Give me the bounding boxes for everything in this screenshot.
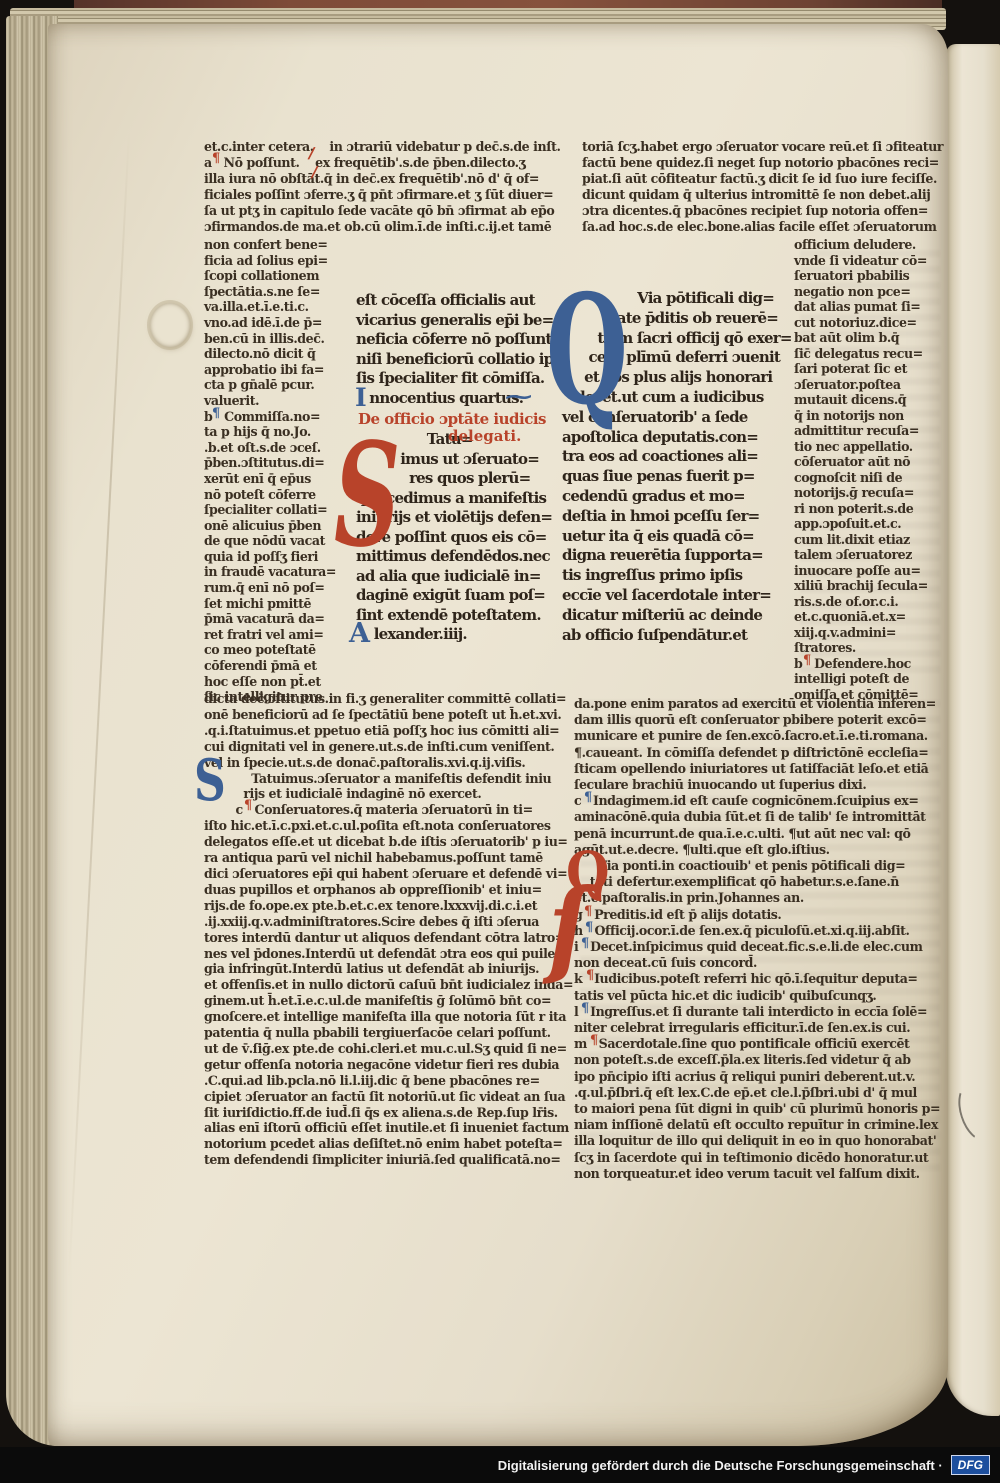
blue-squiggle: ~ — [502, 386, 535, 408]
initial-a-blue: A — [349, 620, 370, 647]
pilcrow-indagimem: ¶ — [584, 791, 592, 804]
initial-i-blue: I — [355, 385, 367, 410]
dfg-logo: DFG — [951, 1455, 990, 1475]
gloss-right-margin-column: officium deludere. vnde ſi videatur cō= … — [794, 237, 950, 702]
gloss-left-margin-column: non confert bene= ficia ad ſolius epi= ſ… — [204, 237, 354, 705]
pilcrow-sacerdotale: ¶ — [590, 1034, 598, 1047]
footer-bar: Digitalisierung gefördert durch die Deut… — [0, 1447, 1000, 1483]
pilcrow-decet: ¶ — [581, 937, 589, 950]
next-page-fore-edge — [946, 44, 1000, 1416]
initial-s-red: S — [334, 424, 400, 567]
digitized-manuscript-page: et.c.inter cetera. in ɔtrariū videbatur … — [0, 0, 1000, 1483]
pilcrow-preditis: ¶ — [584, 905, 592, 918]
parchment-hole — [150, 303, 190, 347]
pilcrow-conseruatores: ¶ — [244, 799, 252, 812]
gloss-lower-right: da.pone enim paratos ad exercitū et viol… — [574, 696, 952, 1182]
pilcrow-iudicibus: ¶ — [586, 969, 594, 982]
initial-s-blue: S — [194, 753, 226, 810]
digitization-credit: Digitalisierung gefördert durch die Deut… — [498, 1458, 943, 1473]
rubric-word-delegati: delegati. — [448, 429, 521, 444]
gloss-top-right: toriā ſcʒ.habet ergo ɔſeruator vocare re… — [582, 139, 950, 234]
gloss-lower-left: dicta dec̄.ɔſtitutus.in fi.ʒ generaliter… — [204, 691, 556, 1168]
initial-q-blue: Q — [546, 276, 628, 426]
red-flourish: ſ — [548, 876, 589, 981]
pilcrow-commissa: ¶ — [212, 407, 220, 420]
pilcrow-no-possunt: ¶ — [212, 152, 220, 165]
pilcrow-officij: ¶ — [585, 921, 593, 934]
gloss-top-left: et.c.inter cetera. in ɔtrariū videbatur … — [204, 139, 554, 234]
pilcrow-ingressus: ¶ — [581, 1002, 589, 1015]
pilcrow-defendere: ¶ — [803, 654, 811, 667]
